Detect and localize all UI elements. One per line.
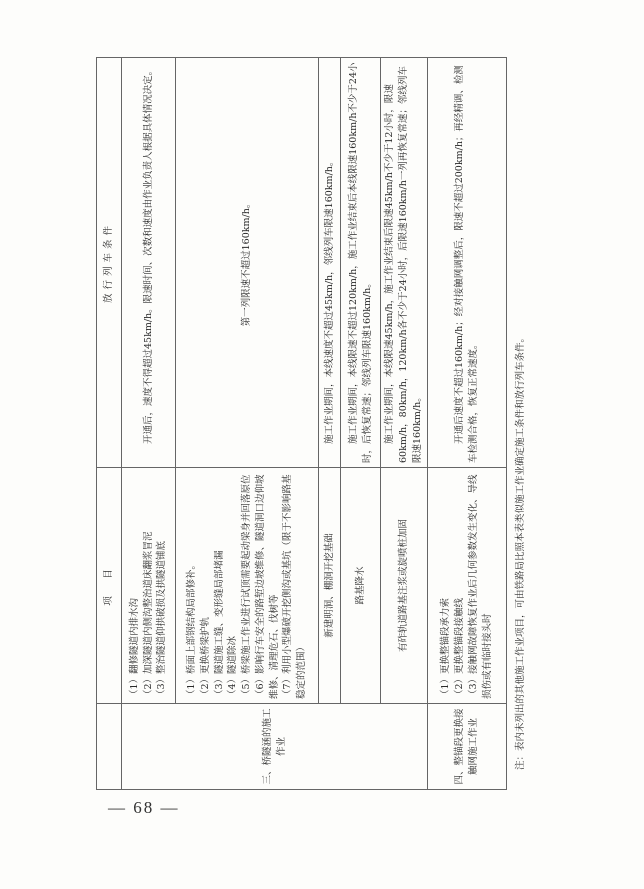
table-row: 路基降水 施工作业期间，本线限速不超过120km/h，施工作业结束后本线限速16…: [341, 58, 381, 790]
condition-cell: 开通后速度不超过160km/h；经对接触网调整后，限速不超过200km/h；再经…: [428, 58, 507, 468]
item-cell: 有砟轨道路基注浆或旋喷桩加固: [381, 468, 428, 704]
rotated-table-container: 项 目 放行列车条件 三、桥隧涵的施工作业 （1）翻修隧道内排水沟 （2）加深隧…: [96, 58, 506, 790]
category-cell: 四、整锚段更换接触网施工作业: [428, 704, 507, 790]
condition-cell: 第一列限速不超过160km/h。: [176, 58, 319, 468]
table-row: （1）桥面上部钢结构局部修补。 （2）更换桥梁护轨 （3）隧道施工缝、变形缝局部…: [176, 58, 319, 790]
condition-cell: 施工作业期间，本线限速不超过120km/h，施工作业结束后本线限速160km/h…: [341, 58, 381, 468]
table-row: 四、整锚段更换接触网施工作业 （1）更换整锚段承力索 （2）更换整锚段接触线 （…: [428, 58, 507, 790]
header-condition: 放行列车条件: [97, 58, 122, 468]
table-row: 新建明洞、棚洞开挖基础 施工作业期间，本线速度不超过45km/h，邻线列车限速1…: [319, 58, 341, 790]
item-cell: （1）翻修隧道内排水沟 （2）加深隧道内侧沟整治道床翻浆冒泥 （3）整治隧道仰拱…: [122, 468, 176, 704]
table-row: 三、桥隧涵的施工作业 （1）翻修隧道内排水沟 （2）加深隧道内侧沟整治道床翻浆冒…: [122, 58, 176, 790]
item-cell: （1）更换整锚段承力索 （2）更换整锚段接触线 （3）接触网故障恢复作业后几何参…: [428, 468, 507, 704]
table-row: 有砟轨道路基注浆或旋喷桩加固 施工作业期间，本线限速45km/h，施工作业结束后…: [381, 58, 428, 790]
table-header-row: 项 目 放行列车条件: [97, 58, 122, 790]
item-cell: 路基降水: [341, 468, 381, 704]
item-cell: （1）桥面上部钢结构局部修补。 （2）更换桥梁护轨 （3）隧道施工缝、变形缝局部…: [176, 468, 319, 704]
header-item: 项 目: [97, 468, 122, 704]
condition-cell: 开通后，速度不得超过45km/h。限速时间、次数和速度由作业负责人根据具体情况决…: [122, 58, 176, 468]
table-footnote: 注：表内未列出的其他施工作业项目，可由铁路局比照本表类似施工作业确定施工条件和放…: [512, 40, 526, 770]
category-cell: 三、桥隧涵的施工作业: [122, 704, 428, 790]
page-number: — 68 —: [108, 798, 180, 818]
construction-conditions-table: 项 目 放行列车条件 三、桥隧涵的施工作业 （1）翻修隧道内排水沟 （2）加深隧…: [96, 57, 507, 790]
condition-cell: 施工作业期间，本线速度不超过45km/h，邻线列车限速160km/h。: [319, 58, 341, 468]
condition-cell: 施工作业期间，本线限速45km/h，施工作业结束后限速45km/h不少于12小时…: [381, 58, 428, 468]
item-cell: 新建明洞、棚洞开挖基础: [319, 468, 341, 704]
header-category: [97, 704, 122, 790]
